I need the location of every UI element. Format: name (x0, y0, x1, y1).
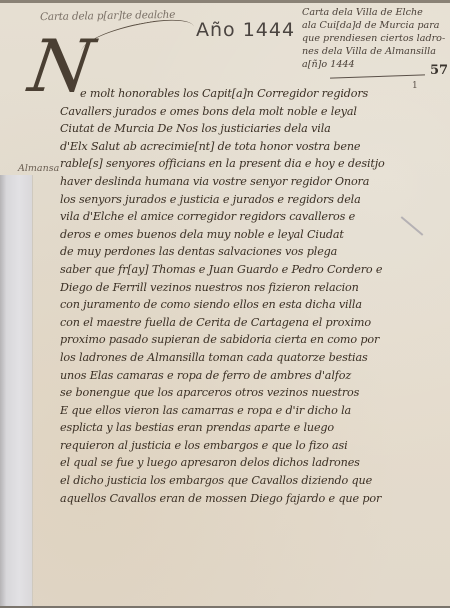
scan-left-paper-strip (0, 175, 33, 608)
text-line: saber que fr[ay] Thomas e Juan Guardo e … (60, 261, 400, 279)
text-line: el dicho justicia los embargos que Caval… (60, 472, 400, 490)
paper-crease (401, 216, 424, 236)
archive-note-line: ala Cui[da]d de Murcia para (302, 19, 442, 32)
text-line: haver deslinda humana via vostre senyor … (60, 173, 400, 191)
archive-note-line: que prendiesen ciertos ladro- (302, 32, 442, 45)
text-line: con el maestre fuella de Cerita de Carta… (60, 314, 400, 332)
text-line: se bonengue que los aparceros otros vezi… (60, 384, 400, 402)
archive-note: Carta dela Villa de Elche ala Cui[da]d d… (302, 6, 442, 78)
archive-note-line: Carta dela Villa de Elche (302, 6, 442, 19)
text-line: el qual se fue y luego apresaron delos d… (60, 454, 400, 472)
text-line: deros e omes buenos dela muy noble e ley… (60, 226, 400, 244)
text-line: los senyors jurados e justicia e jurados… (60, 191, 400, 209)
text-line: los ladrones de Almansilla toman cada qu… (60, 349, 400, 367)
text-line: de muy perdones las dentas salvaciones v… (60, 243, 400, 261)
text-line: con juramento de como siendo ellos en es… (60, 296, 400, 314)
text-line: vila d'Elche el amice corregidor regidor… (60, 208, 400, 226)
text-line: Cavallers jurados e omes bons dela molt … (60, 103, 400, 121)
text-line: esplicta y las bestias eran prendas apar… (60, 419, 400, 437)
text-line: Ciutat de Murcia De Nos los justiciaries… (60, 120, 400, 138)
page-number: 1 (412, 81, 418, 91)
text-line: e molt honorables los Capit[a]n Corregid… (60, 85, 400, 103)
text-line: requieron al justicia e los embargos e q… (60, 437, 400, 455)
text-line: rable[s] senyores officians en la presen… (60, 155, 400, 173)
text-line: proximo pasado supieran de sabidoria cie… (60, 331, 400, 349)
scan-top-edge (0, 0, 450, 3)
letter-body: e molt honorables los Capit[a]n Corregid… (60, 85, 400, 507)
manuscript-page: Carta dela p[ar]te dealche Año 1444 Cart… (0, 0, 450, 608)
text-line: E que ellos vieron las camarras e ropa e… (60, 402, 400, 420)
text-line: unos Elas camaras e ropa de ferro de amb… (60, 367, 400, 385)
text-line: Diego de Ferrill vezinos nuestros nos fi… (60, 279, 400, 297)
year-title: Año 1444 (196, 19, 295, 41)
folio-number: 57 (430, 63, 448, 78)
archive-note-line: a[ñ]o 1444 (302, 58, 442, 71)
margin-note: Almansa (18, 163, 59, 174)
archive-note-line: nes dela Villa de Almansilla (302, 45, 442, 58)
text-line: d'Elx Salut ab acrecimie[nt] de tota hon… (60, 138, 400, 156)
text-line: aquellos Cavallos eran de mossen Diego f… (60, 490, 400, 508)
